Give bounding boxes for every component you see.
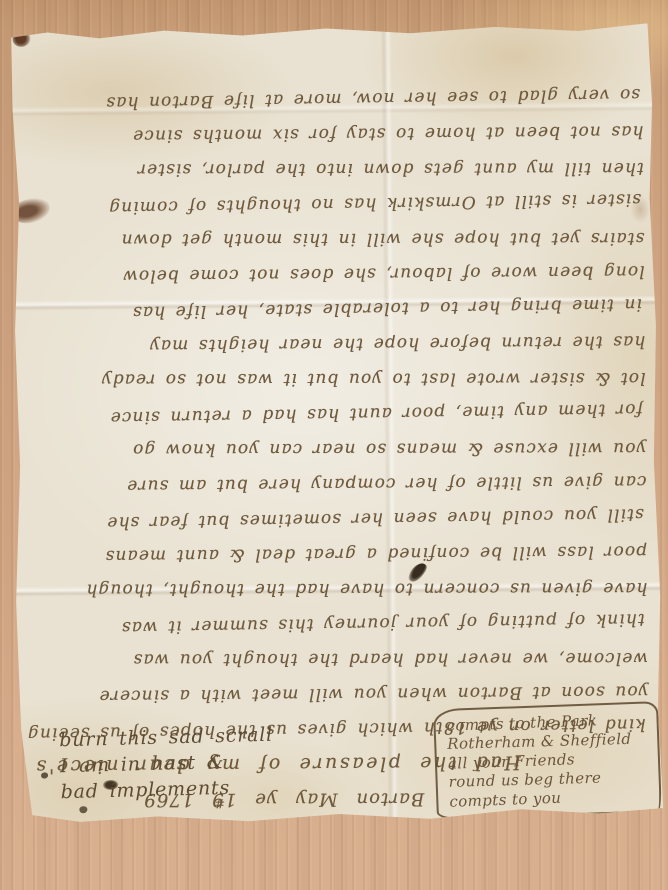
letter-line: poor lass will be confined a great deal …	[33, 533, 647, 573]
letter-line: have given us concern to have had the th…	[33, 570, 647, 607]
letter-line: for them any time, poor aunt has had a r…	[32, 391, 643, 436]
photo-scene: Barton May ye 19 1769 Had the pleasure o…	[0, 0, 668, 890]
boxed-compliments-note: compts to the Park Rotherham & Sheffield…	[433, 701, 662, 820]
letter-body-upside-down: Barton May ye 19 1769 Had the pleasure o…	[29, 29, 650, 818]
postscript-note: burn this sad scrall I am in hast & bad …	[59, 722, 275, 806]
letter-line: lot & sister wrote last to you but it wa…	[32, 360, 646, 397]
letter-paper: Barton May ye 19 1769 Had the pleasure o…	[9, 23, 664, 825]
letter-line: then till my aunt gets down into the par…	[30, 150, 644, 187]
letter-line: stairs yet but hope she will in this mon…	[30, 220, 644, 257]
letter-line: think of putting of your journey this su…	[34, 601, 645, 646]
letter-line: has not been at home to stay for six mon…	[29, 113, 643, 153]
letter-line: sister is still at Ormskirk has no thoug…	[30, 181, 641, 226]
letter-line: welcome, we never had heard the thought …	[34, 640, 648, 677]
letter-line: has the return before hope the near heig…	[31, 323, 645, 363]
letter-line: you will excuse & means so near can you …	[32, 430, 646, 467]
